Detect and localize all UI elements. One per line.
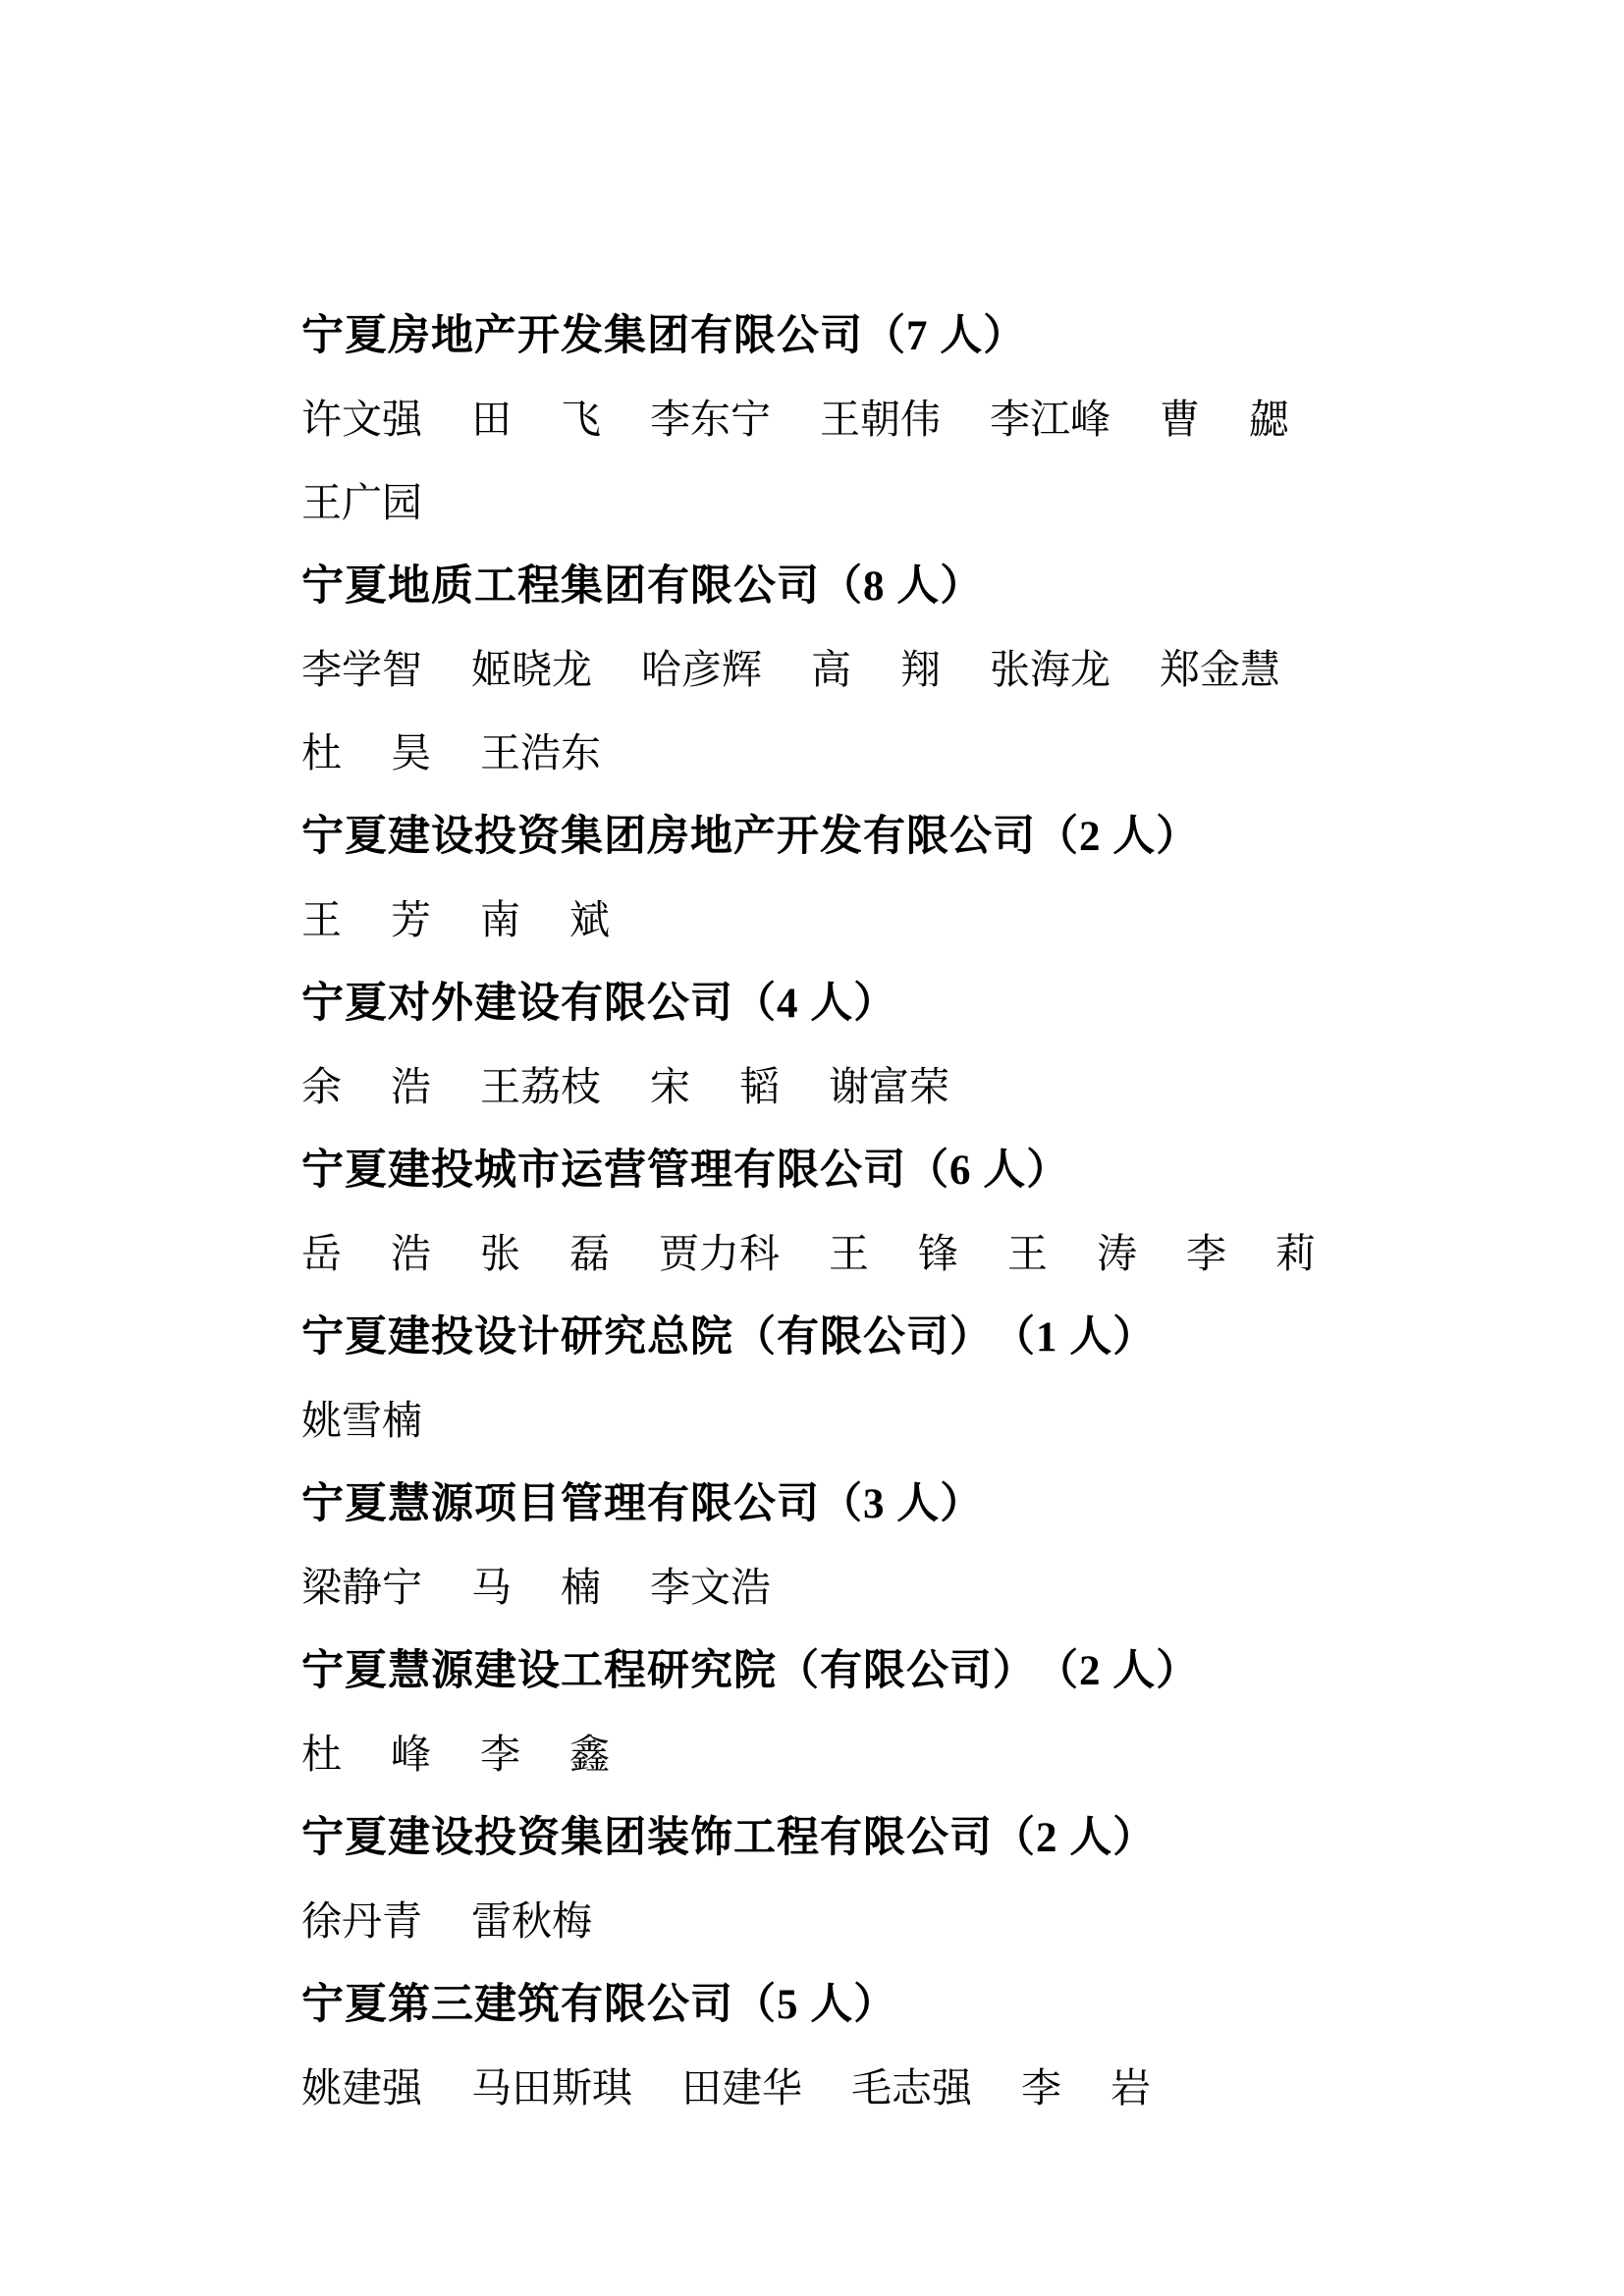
company-name: 宁夏房地产开发集团有限公司	[301, 302, 863, 362]
document-page: 宁夏房地产开发集团有限公司（7 人） 许文强田飞李东宁王朝伟李江峰曹勰王广园 宁…	[0, 0, 1624, 2296]
name-gap-spacer	[690, 1083, 739, 1084]
member-name: 李学智	[301, 624, 422, 708]
company-heading: 宁夏建投设计研究总院（有限公司）（1 人）	[301, 1292, 1342, 1375]
company-heading: 宁夏建设投资集团房地产开发有限公司（2 人）	[301, 791, 1342, 875]
company-heading: 宁夏慧源建设工程研究院（有限公司）（2 人）	[301, 1626, 1342, 1709]
member-name: 姚雪楠	[301, 1375, 422, 1459]
member-name: 南斌	[480, 875, 610, 958]
member-list: 李学智姬晓龙哈彦辉高翔张海龙郑金慧杜昊王浩东	[301, 624, 1342, 791]
name-gap-spacer	[851, 666, 900, 667]
company-heading: 宁夏房地产开发集团有限公司（7 人）	[301, 291, 1342, 374]
member-name: 余浩	[301, 1041, 431, 1125]
name-gap-spacer	[1061, 2084, 1110, 2085]
member-name: 雷秋梅	[471, 1876, 592, 1959]
member-name: 岳浩	[301, 1208, 431, 1292]
member-list: 杜峰李鑫	[301, 1709, 1342, 1792]
member-list: 余浩王荔枝宋韬谢富荣	[301, 1041, 1342, 1125]
member-name: 姬晓龙	[471, 624, 592, 708]
member-name: 王朝伟	[820, 374, 941, 457]
name-gap-spacer	[520, 1750, 569, 1751]
member-name: 马田斯琪	[471, 2043, 632, 2126]
member-name: 李鑫	[480, 1709, 610, 1792]
member-count: （3 人）	[820, 1470, 983, 1530]
company-section: 宁夏建设投资集团装饰工程有限公司（2 人） 徐丹青雷秋梅	[301, 1792, 1342, 1959]
member-name: 田飞	[471, 374, 601, 457]
member-name: 贾力科	[659, 1208, 780, 1292]
member-name: 许文强	[301, 374, 422, 457]
member-name: 梁静宁	[301, 1542, 422, 1626]
member-name: 李江峰	[990, 374, 1110, 457]
name-gap-spacer	[869, 1250, 918, 1251]
member-name: 曹勰	[1160, 374, 1289, 457]
company-section: 宁夏慧源项目管理有限公司（3 人） 梁静宁马楠李文浩	[301, 1459, 1342, 1626]
name-gap-spacer	[1226, 1250, 1275, 1251]
company-section: 宁夏建投城市运营管理有限公司（6 人） 岳浩张磊贾力科王锋王涛李莉	[301, 1125, 1342, 1292]
member-name: 李莉	[1186, 1208, 1316, 1292]
member-name: 王芳	[301, 875, 431, 958]
company-heading: 宁夏对外建设有限公司（4 人）	[301, 958, 1342, 1041]
member-name: 马楠	[471, 1542, 601, 1626]
name-gap-spacer	[342, 1750, 391, 1751]
company-name: 宁夏建投城市运营管理有限公司	[301, 1137, 906, 1197]
member-count: （4 人）	[733, 970, 896, 1030]
member-name: 张磊	[480, 1208, 610, 1292]
member-name: 宋韬	[650, 1041, 780, 1125]
company-heading: 宁夏建投城市运营管理有限公司（6 人）	[301, 1125, 1342, 1208]
member-list: 梁静宁马楠李文浩	[301, 1542, 1342, 1626]
company-name: 宁夏地质工程集团有限公司	[301, 553, 820, 613]
member-list: 姚雪楠	[301, 1375, 1342, 1459]
member-count: （8 人）	[820, 553, 983, 613]
company-name: 宁夏慧源项目管理有限公司	[301, 1470, 820, 1530]
member-count: （6 人）	[906, 1137, 1069, 1197]
member-name: 王浩东	[480, 708, 601, 791]
member-name: 郑金慧	[1160, 624, 1280, 708]
member-name: 哈彦辉	[641, 624, 762, 708]
member-name: 李东宁	[650, 374, 771, 457]
member-count: （2 人）	[993, 1804, 1156, 1864]
name-gap-spacer	[1200, 415, 1249, 416]
company-name: 宁夏对外建设有限公司	[301, 970, 733, 1030]
name-gap-spacer	[342, 1250, 391, 1251]
name-gap-spacer	[342, 1083, 391, 1084]
company-name: 宁夏第三建筑有限公司	[301, 1971, 733, 2031]
company-section: 宁夏慧源建设工程研究院（有限公司）（2 人） 杜峰李鑫	[301, 1626, 1342, 1792]
member-list: 岳浩张磊贾力科王锋王涛李莉	[301, 1208, 1342, 1292]
company-heading: 宁夏地质工程集团有限公司（8 人）	[301, 541, 1342, 624]
name-gap-spacer	[342, 749, 391, 750]
member-count: （2 人）	[1036, 803, 1199, 863]
company-name: 宁夏建投设计研究总院（有限公司）	[301, 1304, 993, 1363]
member-name: 谢富荣	[829, 1041, 949, 1125]
member-count: （7 人）	[863, 302, 1026, 362]
company-heading: 宁夏慧源项目管理有限公司（3 人）	[301, 1459, 1342, 1542]
member-count: （1 人）	[993, 1304, 1156, 1363]
name-gap-spacer	[342, 916, 391, 917]
member-name: 李文浩	[650, 1542, 771, 1626]
name-gap-spacer	[512, 1583, 561, 1584]
member-list: 徐丹青雷秋梅	[301, 1876, 1342, 1959]
member-name: 徐丹青	[301, 1876, 422, 1959]
member-name: 杜昊	[301, 708, 431, 791]
company-heading: 宁夏建设投资集团装饰工程有限公司（2 人）	[301, 1792, 1342, 1876]
company-section: 宁夏建设投资集团房地产开发有限公司（2 人） 王芳南斌	[301, 791, 1342, 958]
member-list: 王芳南斌	[301, 875, 1342, 958]
name-gap-spacer	[512, 415, 561, 416]
company-name: 宁夏建设投资集团装饰工程有限公司	[301, 1804, 993, 1864]
member-count: （2 人）	[1036, 1637, 1199, 1697]
member-list: 许文强田飞李东宁王朝伟李江峰曹勰王广园	[301, 374, 1342, 541]
member-name: 田建华	[681, 2043, 802, 2126]
member-name: 李岩	[1021, 2043, 1151, 2126]
company-heading: 宁夏第三建筑有限公司（5 人）	[301, 1959, 1342, 2043]
member-name: 高翔	[811, 624, 941, 708]
name-gap-spacer	[1048, 1250, 1097, 1251]
member-name: 张海龙	[990, 624, 1110, 708]
member-list: 姚建强马田斯琪田建华毛志强李岩	[301, 2043, 1342, 2126]
document-body: 宁夏房地产开发集团有限公司（7 人） 许文强田飞李东宁王朝伟李江峰曹勰王广园 宁…	[301, 291, 1342, 2126]
company-section: 宁夏对外建设有限公司（4 人） 余浩王荔枝宋韬谢富荣	[301, 958, 1342, 1125]
member-name: 杜峰	[301, 1709, 431, 1792]
member-name: 姚建强	[301, 2043, 422, 2126]
company-section: 宁夏第三建筑有限公司（5 人） 姚建强马田斯琪田建华毛志强李岩	[301, 1959, 1342, 2126]
company-section: 宁夏房地产开发集团有限公司（7 人） 许文强田飞李东宁王朝伟李江峰曹勰王广园	[301, 291, 1342, 541]
member-name: 王涛	[1007, 1208, 1137, 1292]
company-section: 宁夏地质工程集团有限公司（8 人） 李学智姬晓龙哈彦辉高翔张海龙郑金慧杜昊王浩东	[301, 541, 1342, 791]
name-gap-spacer	[520, 1250, 569, 1251]
member-name: 毛志强	[851, 2043, 972, 2126]
member-name: 王荔枝	[480, 1041, 601, 1125]
company-name: 宁夏慧源建设工程研究院（有限公司）	[301, 1637, 1036, 1697]
member-name: 王广园	[301, 457, 422, 541]
company-name: 宁夏建设投资集团房地产开发有限公司	[301, 803, 1036, 863]
member-name: 王锋	[829, 1208, 958, 1292]
company-section: 宁夏建投设计研究总院（有限公司）（1 人） 姚雪楠	[301, 1292, 1342, 1459]
name-gap-spacer	[520, 916, 569, 917]
member-count: （5 人）	[733, 1971, 896, 2031]
